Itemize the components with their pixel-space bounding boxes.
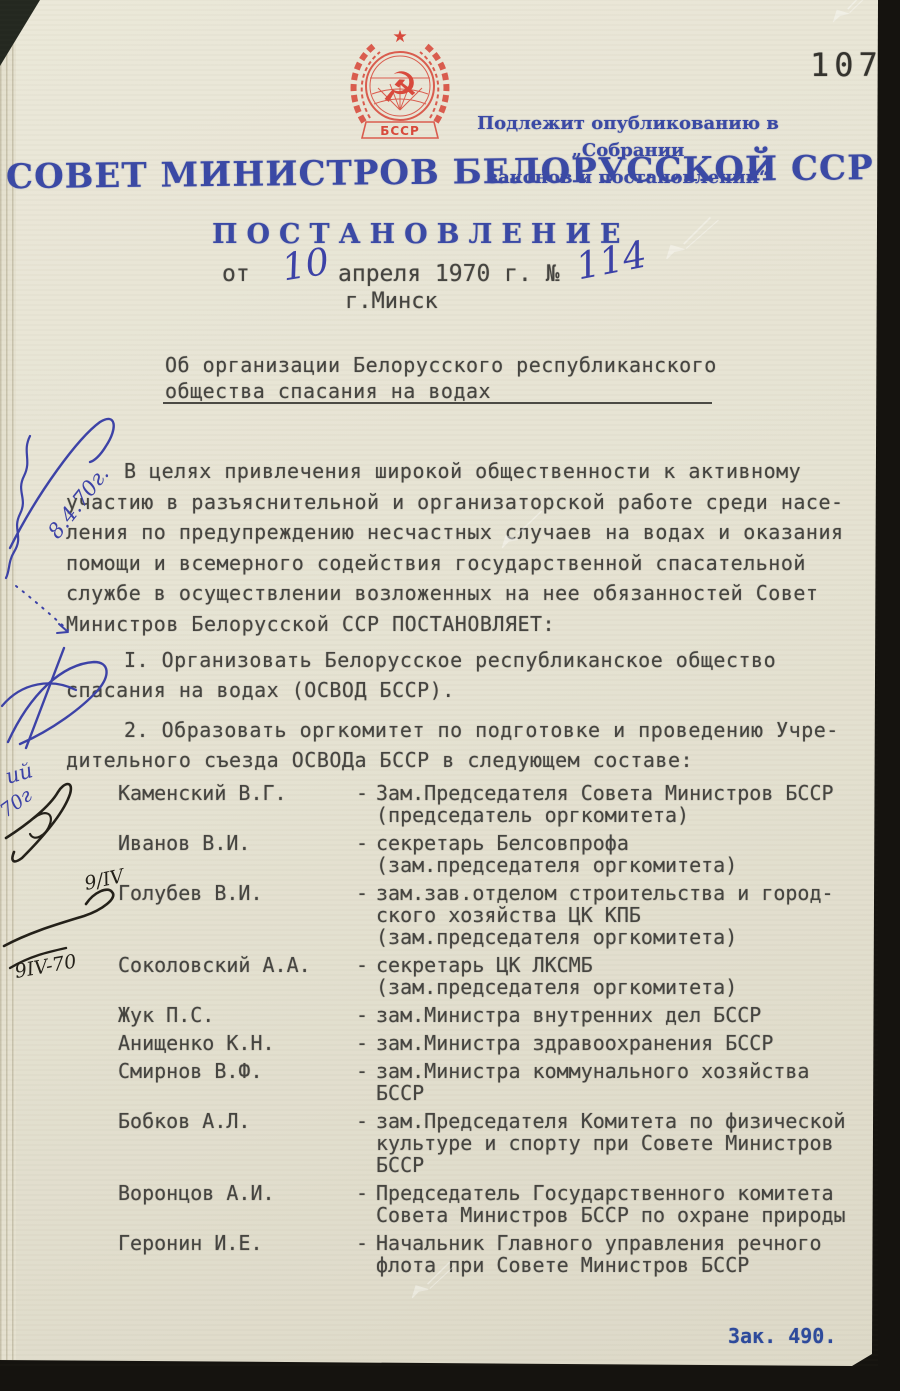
subject-title: Об организации Белорусского республиканс…: [165, 352, 717, 404]
resolution-item-1: I. Организовать Белорусское республиканс…: [66, 645, 866, 705]
print-order-label: Зак. 490.: [728, 1324, 836, 1348]
role-line: Совета Министров БССР по охране природы: [376, 1204, 868, 1226]
preamble-line: помощи и всемерного содействия государст…: [66, 548, 866, 579]
dash-separator: -: [356, 1182, 376, 1226]
committee-row: Смирнов В.Ф. - зам.Министра коммунальног…: [118, 1060, 868, 1104]
role-line: Начальник Главного управления речного: [376, 1232, 868, 1254]
role-line: БССР: [376, 1154, 868, 1176]
preamble-line: ления по предупреждению несчастных случа…: [66, 517, 866, 548]
item1-line: спасания на водах (ОСВОД БССР).: [66, 675, 866, 705]
subject-line2: общества спасания на водах: [165, 378, 717, 404]
dash-separator: -: [356, 1032, 376, 1054]
preamble-line: Министров Белорусской ССР ПОСТАНОВЛЯЕТ:: [66, 609, 866, 640]
role-line: Зам.Председателя Совета Министров БССР: [376, 782, 868, 804]
role-line: (зам.председателя оргкомитета): [376, 854, 868, 876]
dash-separator: -: [356, 882, 376, 948]
handwritten-day: 10: [279, 240, 332, 290]
member-role: зам.Министра здравоохранения БССР: [376, 1032, 868, 1054]
dash-separator: -: [356, 1004, 376, 1026]
member-role: секретарь ЦК ЛКСМБ (зам.председателя орг…: [376, 954, 868, 998]
document-type-title: ПОСТАНОВЛЕНИЕ: [212, 219, 630, 250]
book-binding-edge: [0, 0, 16, 1360]
committee-row: Геронин И.Е. - Начальник Главного управл…: [118, 1232, 868, 1276]
role-line: культуре и спорту при Совете Министров: [376, 1132, 868, 1154]
role-line: (зам.председателя оргкомитета): [376, 926, 868, 948]
subject-underline: [163, 402, 712, 404]
committee-row: Жук П.С. - зам.Министра внутренних дел Б…: [118, 1004, 868, 1026]
resolution-item-2: 2. Образовать оргкомитет по подготовке и…: [66, 715, 866, 775]
member-name: Анищенко К.Н.: [118, 1032, 356, 1054]
member-role: Зам.Председателя Совета Министров БССР (…: [376, 782, 868, 826]
role-line: ского хозяйства ЦК КПБ: [376, 904, 868, 926]
member-name: Смирнов В.Ф.: [118, 1060, 356, 1104]
dash-separator: -: [356, 954, 376, 998]
role-line: (зам.председателя оргкомитета): [376, 976, 868, 998]
committee-row: Иванов В.И. - секретарь Белсовпрофа (зам…: [118, 832, 868, 876]
member-role: зам.Председателя Комитета по физической …: [376, 1110, 868, 1176]
committee-row: Бобков А.Л. - зам.Председателя Комитета …: [118, 1110, 868, 1176]
page-number-stamp: 107: [810, 46, 883, 84]
member-name: Соколовский А.А.: [118, 954, 356, 998]
member-name: Бобков А.Л.: [118, 1110, 356, 1176]
member-role: Начальник Главного управления речного фл…: [376, 1232, 868, 1276]
role-line: зам.Министра внутренних дел БССР: [376, 1004, 868, 1026]
preamble-line: участию в разъяснительной и организаторс…: [66, 487, 866, 518]
role-line: Председатель Государственного комитета: [376, 1182, 868, 1204]
dash-separator: -: [356, 1110, 376, 1176]
preamble-line: В целях привлечения широкой общественнос…: [66, 456, 866, 487]
preamble-line: службе в осуществлении возложенных на не…: [66, 578, 866, 609]
role-line: БССР: [376, 1082, 868, 1104]
role-line: зам.Министра здравоохранения БССР: [376, 1032, 868, 1054]
committee-row: Соколовский А.А. - секретарь ЦК ЛКСМБ (з…: [118, 954, 868, 998]
city-label: г.Минск: [345, 289, 438, 314]
role-line: зам.Министра коммунального хозяйства: [376, 1060, 868, 1082]
member-name: Каменский В.Г.: [118, 782, 356, 826]
committee-row: Воронцов А.И. - Председатель Государстве…: [118, 1182, 868, 1226]
role-line: зам.зав.отделом строительства и город-: [376, 882, 868, 904]
preamble-paragraph: В целях привлечения широкой общественнос…: [66, 456, 866, 639]
committee-list: Каменский В.Г. - Зам.Председателя Совета…: [118, 782, 868, 1282]
member-role: зам.зав.отделом строительства и город- с…: [376, 882, 868, 948]
organization-title: СОВЕТ МИНИСТРОВ БЕЛОРУССКОЙ ССР: [6, 149, 806, 197]
date-prefix: от: [222, 261, 250, 287]
member-name: Геронин И.Е.: [118, 1232, 356, 1276]
role-line: секретарь Белсовпрофа: [376, 832, 868, 854]
item1-line: I. Организовать Белорусское республиканс…: [66, 645, 866, 675]
item2-line: 2. Образовать оргкомитет по подготовке и…: [66, 715, 866, 745]
member-role: секретарь Белсовпрофа (зам.председателя …: [376, 832, 868, 876]
role-line: флота при Совете Министров БССР: [376, 1254, 868, 1276]
member-name: Иванов В.И.: [118, 832, 356, 876]
dash-separator: -: [356, 832, 376, 876]
dash-separator: -: [356, 1060, 376, 1104]
member-name: Воронцов А.И.: [118, 1182, 356, 1226]
role-line: (председатель оргкомитета): [376, 804, 868, 826]
dash-separator: -: [356, 1232, 376, 1276]
committee-row: Голубев В.И. - зам.зав.отделом строитель…: [118, 882, 868, 948]
role-line: зам.Председателя Комитета по физической: [376, 1110, 868, 1132]
member-role: зам.Министра внутренних дел БССР: [376, 1004, 868, 1026]
member-role: Председатель Государственного комитета С…: [376, 1182, 868, 1226]
item2-line: дительного съезда ОСВОДа БССР в следующе…: [66, 745, 866, 775]
role-line: секретарь ЦК ЛКСМБ: [376, 954, 868, 976]
date-typed: апреля 1970 г. №: [338, 261, 560, 287]
dash-separator: -: [356, 782, 376, 826]
subject-line1: Об организации Белорусского республиканс…: [165, 352, 717, 378]
member-name: Голубев В.И.: [118, 882, 356, 948]
committee-row: Анищенко К.Н. - зам.Министра здравоохран…: [118, 1032, 868, 1054]
committee-row: Каменский В.Г. - Зам.Председателя Совета…: [118, 782, 868, 826]
member-name: Жук П.С.: [118, 1004, 356, 1026]
member-role: зам.Министра коммунального хозяйства БСС…: [376, 1060, 868, 1104]
